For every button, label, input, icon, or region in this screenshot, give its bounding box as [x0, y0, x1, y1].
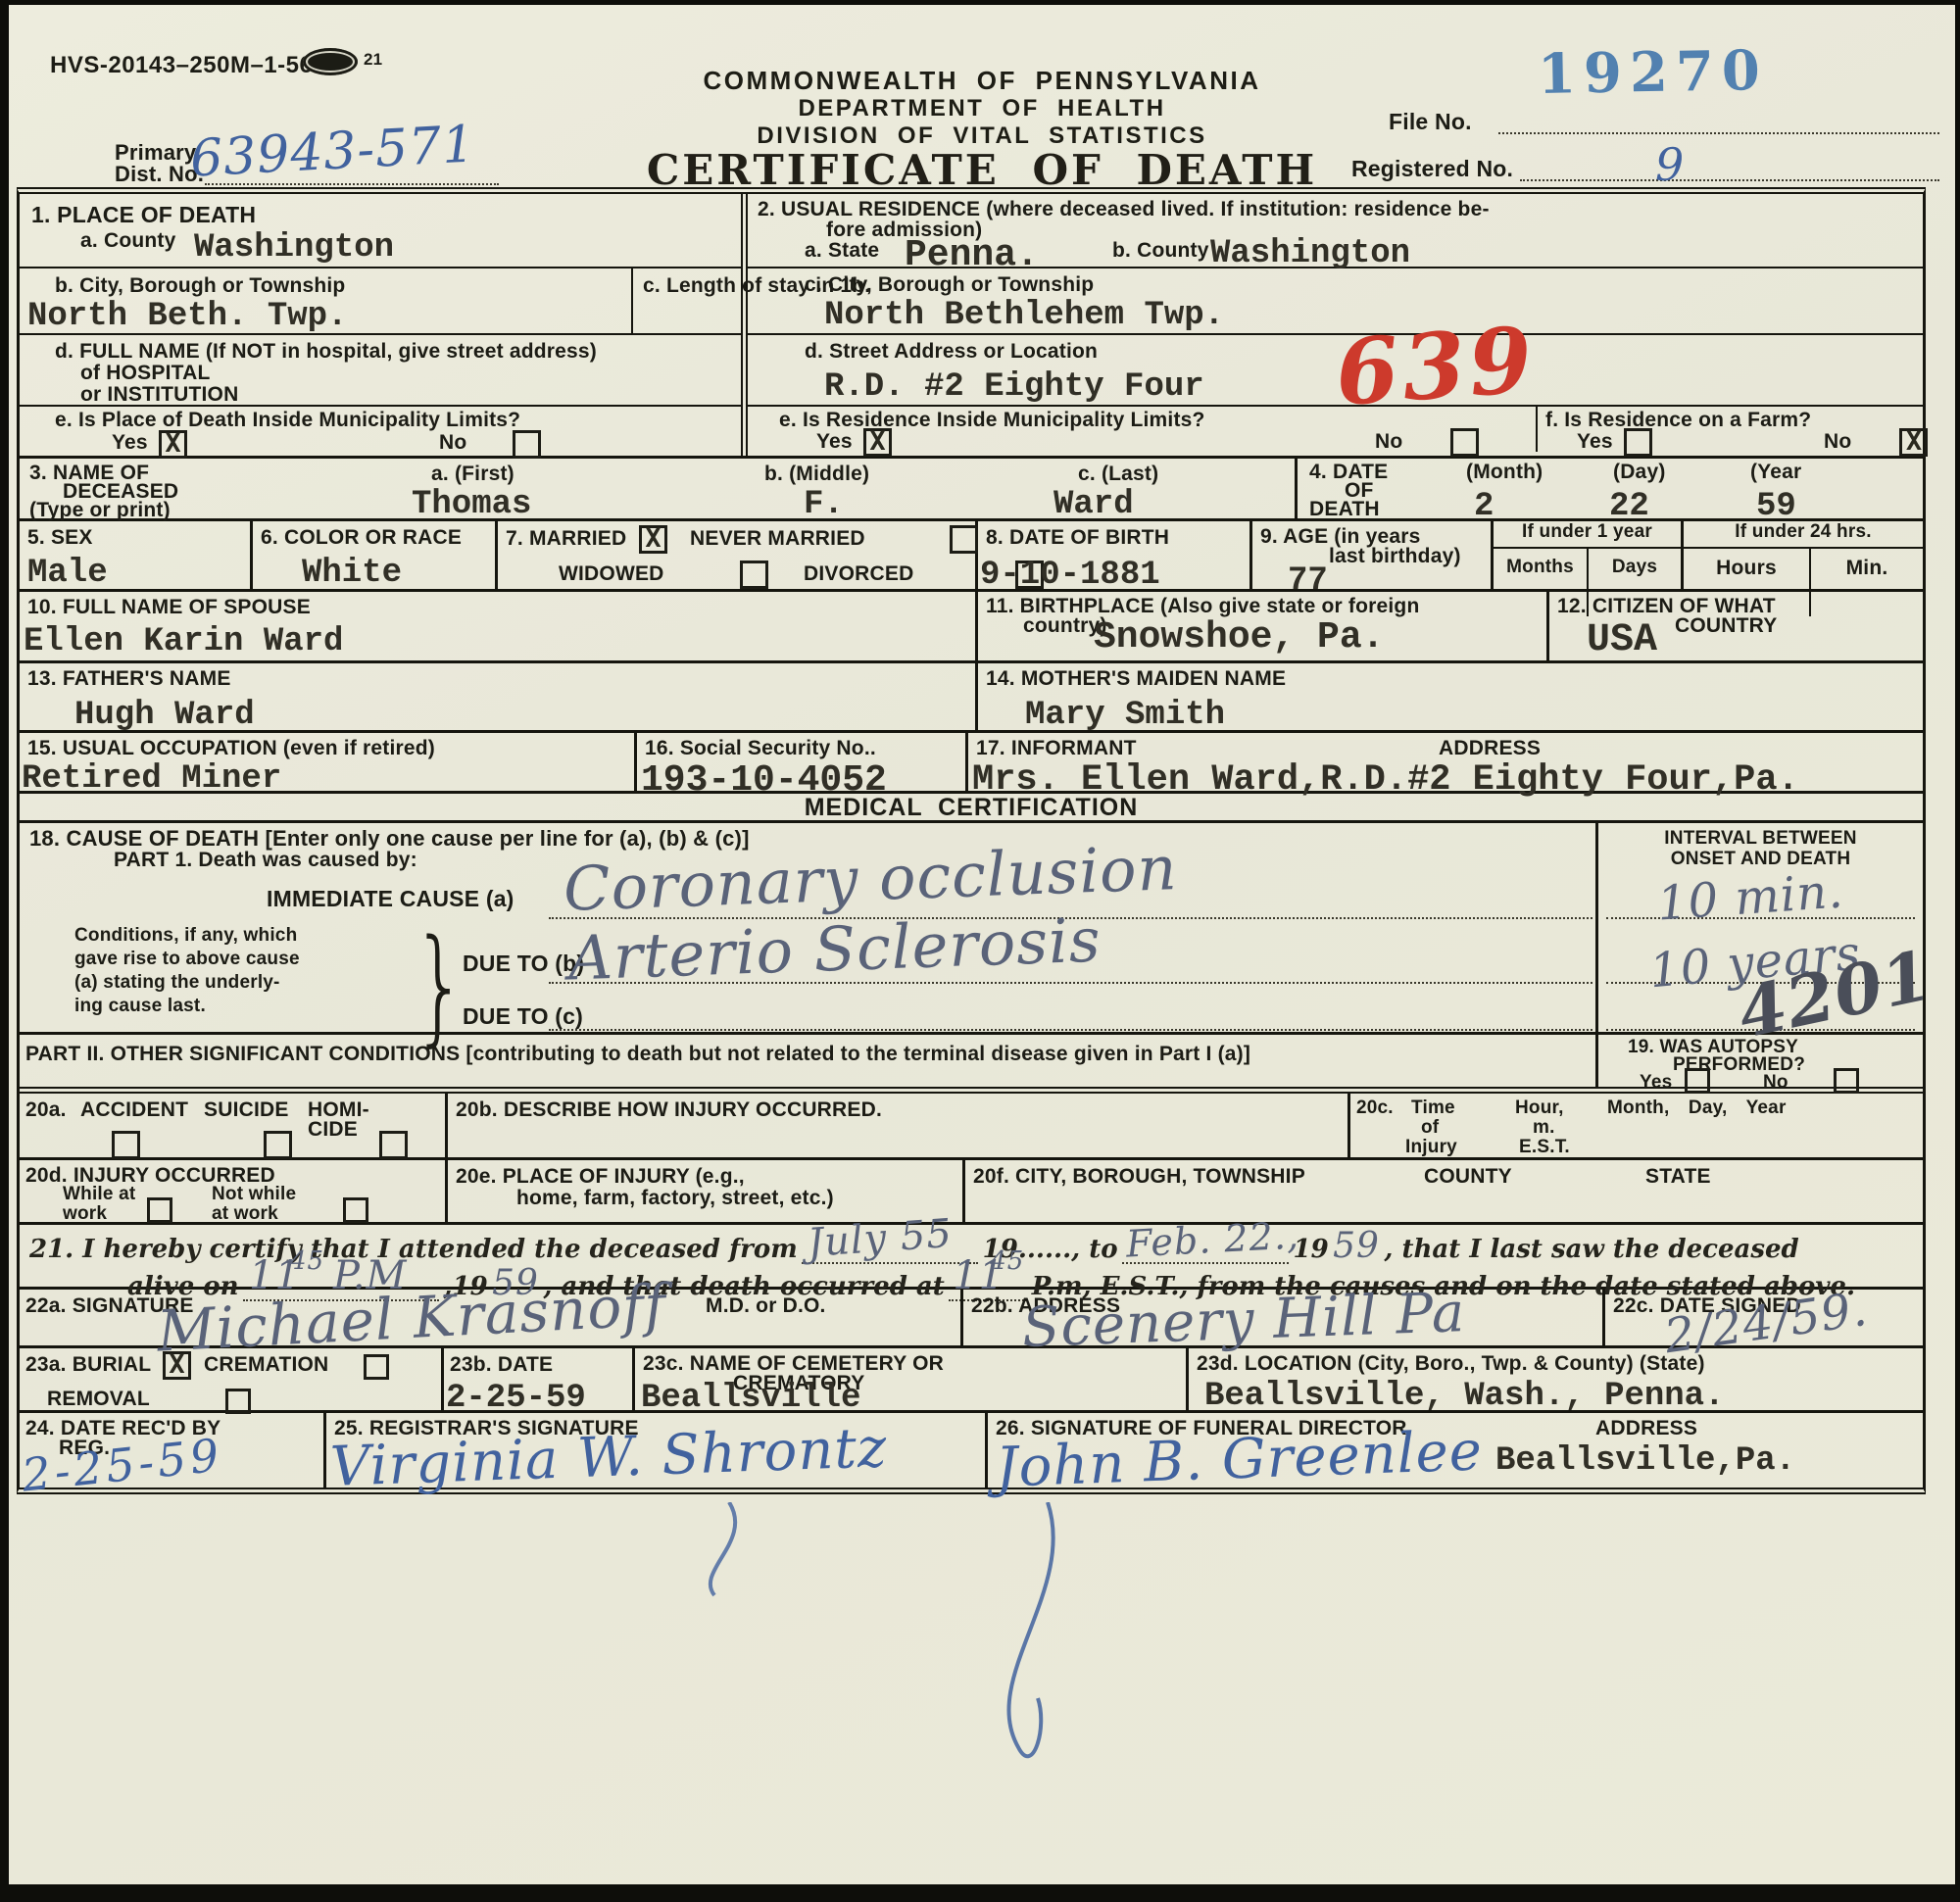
divorced-label: DIVORCED — [804, 562, 913, 587]
father-value: Hugh Ward — [74, 699, 255, 732]
spouse-value: Ellen Karin Ward — [24, 625, 343, 658]
field-usual-residence: 2. USUAL RESIDENCE (where deceased lived… — [748, 194, 1923, 456]
accident-label: ACCIDENT — [80, 1098, 188, 1123]
field-ssn: 16. Social Security No.. 193-10-4052 — [637, 733, 968, 791]
accident-checkbox[interactable] — [112, 1131, 140, 1159]
residence-farm-yes-checkbox[interactable] — [1624, 428, 1652, 457]
place-of-death-title: 1. PLACE OF DEATH — [31, 202, 256, 228]
field-if-under-1-year: If under 1 year Months Days — [1494, 521, 1684, 589]
cause-b-value: Arterio Sclerosis — [567, 910, 1102, 990]
field-describe-injury: 20b. DESCRIBE HOW INJURY OCCURRED. — [448, 1094, 1350, 1157]
occupation-value: Retired Miner — [22, 762, 281, 796]
conditions-label-4: ing cause last. — [74, 996, 206, 1017]
death-municipality-yes-checkbox[interactable]: X — [159, 430, 187, 459]
place-of-injury-label-2: home, farm, factory, street, etc.) — [516, 1187, 834, 1211]
residence-state-label: a. State — [805, 239, 879, 264]
field-burial-cremation: 23a. BURIAL X CREMATION REMOVAL — [20, 1348, 444, 1410]
row-spouse-birthplace-citizen: 10. FULL NAME OF SPOUSE Ellen Karin Ward… — [20, 592, 1923, 663]
while-at-work-checkbox[interactable] — [147, 1197, 172, 1223]
injury-county-label: COUNTY — [1424, 1165, 1512, 1190]
middle-name-value: F. — [804, 488, 844, 521]
date-received-value: 2-25-59 — [20, 1432, 224, 1497]
county-value: Washington — [194, 231, 394, 265]
residence-municipality-no-checkbox[interactable] — [1450, 428, 1479, 457]
street-address-value: R.D. #2 Eighty Four — [824, 370, 1204, 404]
funeral-director-address-value: Beallsville,Pa. — [1495, 1444, 1795, 1478]
while-work-label: work — [63, 1203, 107, 1225]
ssn-label: 16. Social Security No.. — [645, 737, 876, 761]
field-marital-status: 7. MARRIED X NEVER MARRIED WIDOWED DIVOR… — [498, 521, 978, 589]
file-no-label: File No. — [1389, 109, 1472, 135]
registrar-signature-value: Virginia W. Shrontz — [329, 1421, 888, 1495]
field-physician-signature: 22a. SIGNATURE M.D. or D.O. Michael Kras… — [20, 1290, 963, 1345]
field-mother-name: 14. MOTHER'S MAIDEN NAME Mary Smith — [978, 663, 1923, 730]
death-municipality-label: e. Is Place of Death Inside Municipality… — [55, 409, 520, 433]
city-borough-label: b. City, Borough or Township — [55, 274, 345, 299]
informant-address-label: ADDRESS — [1439, 737, 1541, 761]
citizen-label-2: COUNTRY — [1675, 614, 1777, 639]
est-label: E.S.T. — [1519, 1137, 1570, 1158]
conditions-label-3: (a) stating the underly- — [74, 972, 280, 994]
medical-certification-title: MEDICAL CERTIFICATION — [805, 794, 1139, 821]
field-cemetery-name: 23c. NAME OF CEMETERY OR CREMATORY Beall… — [635, 1348, 1189, 1410]
cemetery-location-value: Beallsville, Wash., Penna. — [1204, 1380, 1725, 1413]
conditions-label-1: Conditions, if any, which — [74, 925, 297, 947]
sex-label: 5. SEX — [27, 526, 93, 551]
widowed-checkbox[interactable] — [740, 561, 768, 589]
death-year-label: (Year — [1750, 461, 1801, 485]
residence-municipality-yes-label: Yes — [816, 430, 853, 455]
name-title-3: (Type or print) — [29, 499, 171, 523]
row-name-date-of-death: 3. NAME OF DECEASED (Type or print) a. (… — [20, 459, 1923, 521]
field-time-of-injury: 20c. Time of Injury Hour, m. E.S.T. Mont… — [1350, 1094, 1923, 1157]
autopsy-no-label: No — [1763, 1072, 1788, 1094]
burial-date-label: 23b. DATE — [450, 1353, 553, 1378]
death-municipality-no-checkbox[interactable] — [513, 430, 541, 459]
field-if-under-24-hrs: If under 24 hrs. Hours Min. — [1684, 521, 1923, 589]
field-other-significant-conditions: PART II. OTHER SIGNIFICANT CONDITIONS [c… — [20, 1035, 1598, 1087]
cremation-label: CREMATION — [204, 1353, 328, 1378]
sex-value: Male — [27, 557, 108, 590]
row-place-residence: 1. PLACE OF DEATH a. County Washington b… — [20, 194, 1923, 459]
widowed-label: WIDOWED — [559, 562, 664, 587]
field-accident-suicide-homicide: 20a. ACCIDENT SUICIDE HOMI- CIDE — [20, 1094, 448, 1157]
field-registrar-signature: 25. REGISTRAR'S SIGNATURE Virginia W. Sh… — [326, 1413, 988, 1487]
under-24-hrs-label: If under 24 hrs. — [1684, 521, 1923, 549]
time-of-injury-num: 20c. — [1356, 1097, 1394, 1119]
field-sex: 5. SEX Male — [20, 521, 253, 589]
row-physician-signature: 22a. SIGNATURE M.D. or D.O. Michael Kras… — [20, 1290, 1923, 1348]
field-color-or-race: 6. COLOR OR RACE White — [253, 521, 498, 589]
field-citizen-country: 12. CITIZEN OF WHAT COUNTRY USA — [1549, 592, 1923, 660]
row-part2-autopsy: PART II. OTHER SIGNIFICANT CONDITIONS [c… — [20, 1035, 1923, 1094]
field-cause-of-death: 18. CAUSE OF DEATH [Enter only one cause… — [20, 823, 1598, 1032]
certify-from-line: July 55 — [802, 1237, 978, 1264]
residence-municipality-yes-checkbox[interactable]: X — [863, 428, 892, 457]
field-date-of-death: 4. DATE OF DEATH (Month) 2 (Day) 22 (Yea… — [1298, 459, 1923, 518]
cremation-checkbox[interactable] — [364, 1354, 389, 1380]
mother-value: Mary Smith — [1025, 699, 1225, 732]
row-sex-race-marital-birth-age: 5. SEX Male 6. COLOR OR RACE White 7. MA… — [20, 521, 1923, 592]
last-name-label: c. (Last) — [1078, 463, 1158, 487]
field-spouse-name: 10. FULL NAME OF SPOUSE Ellen Karin Ward — [20, 592, 978, 660]
last-name-value: Ward — [1053, 488, 1134, 521]
mother-label: 14. MOTHER'S MAIDEN NAME — [986, 667, 1286, 692]
field-place-of-death: 1. PLACE OF DEATH a. County Washington b… — [20, 194, 748, 456]
field-funeral-director: 26. SIGNATURE OF FUNERAL DIRECTOR ADDRES… — [988, 1413, 1923, 1487]
removal-label: REMOVAL — [47, 1388, 150, 1412]
injury-state-label: STATE — [1645, 1165, 1711, 1190]
conditions-label-2: gave rise to above cause — [74, 949, 300, 970]
certify-text-1: 21. I hereby certify that I attended the… — [29, 1235, 798, 1264]
street-address-label: d. Street Address or Location — [805, 340, 1098, 365]
father-label: 13. FATHER'S NAME — [27, 667, 231, 692]
death-municipality-no-label: No — [439, 431, 466, 456]
first-name-label: a. (First) — [431, 463, 514, 487]
autopsy-yes-label: Yes — [1640, 1072, 1672, 1094]
part2-label: PART II. OTHER SIGNIFICANT CONDITIONS [c… — [25, 1043, 1250, 1067]
injury-city-label: 20f. CITY, BOROUGH, TOWNSHIP — [973, 1165, 1305, 1190]
burial-label: 23a. BURIAL — [25, 1353, 151, 1378]
death-day-label: (Day) — [1613, 461, 1666, 485]
removal-checkbox[interactable] — [225, 1389, 251, 1414]
field-physician-address: 22b. ADDRESS Scenery Hill Pa — [963, 1290, 1605, 1345]
suicide-label: SUICIDE — [204, 1098, 289, 1123]
field-interval-onset-death: INTERVAL BETWEEN ONSET AND DEATH 10 min.… — [1598, 823, 1923, 1032]
time-of-injury-label-3: Injury — [1405, 1137, 1457, 1158]
residence-farm-no-checkbox[interactable]: X — [1899, 428, 1928, 457]
md-do-label: M.D. or D.O. — [706, 1294, 826, 1319]
residence-city-value: North Bethlehem Twp. — [824, 299, 1224, 332]
field-birthplace: 11. BIRTHPLACE (Also give state or forei… — [978, 592, 1549, 660]
residence-municipality-no-label: No — [1375, 430, 1402, 455]
physician-signature-value: Michael Krasnoff — [156, 1276, 668, 1359]
field-injury-city: 20f. CITY, BOROUGH, TOWNSHIP COUNTY STAT… — [965, 1160, 1923, 1222]
never-married-label: NEVER MARRIED — [690, 527, 865, 552]
residence-county-value: Washington — [1210, 237, 1410, 270]
file-number-stamp: 19270 — [1537, 38, 1768, 107]
row-certify-statement: 21. I hereby certify that I attended the… — [20, 1225, 1923, 1290]
autopsy-yes-checkbox[interactable] — [1685, 1068, 1710, 1094]
registered-no-value: 9 — [1655, 142, 1685, 187]
registered-no-line — [1520, 179, 1939, 181]
interval-label-1: INTERVAL BETWEEN — [1598, 828, 1923, 850]
certify-to-line: Feb. 22., — [1122, 1237, 1289, 1264]
red-stamp-639: 639 — [1333, 315, 1539, 418]
immediate-cause-label: IMMEDIATE CAUSE (a) — [267, 886, 514, 912]
accident-num-label: 20a. — [25, 1098, 67, 1123]
under-1-year-label: If under 1 year — [1494, 521, 1681, 549]
row-injury-place: 20d. INJURY OCCURRED While at work Not w… — [20, 1160, 1923, 1225]
race-value: White — [302, 557, 402, 590]
informant-label: 17. INFORMANT — [976, 737, 1137, 761]
row-father-mother: 13. FATHER'S NAME Hugh Ward 14. MOTHER'S… — [20, 663, 1923, 733]
cemetery-location-label: 23d. LOCATION (City, Boro., Twp. & Count… — [1197, 1352, 1705, 1377]
homicide-checkbox[interactable] — [379, 1131, 408, 1159]
death-day-value: 22 — [1609, 490, 1649, 523]
row-registrar: 24. DATE REC'D BY REG. 2-25-59 25. REGIS… — [20, 1413, 1923, 1487]
residence-city-label: c. City, Borough or Township — [805, 273, 1094, 298]
first-name-value: Thomas — [412, 488, 531, 521]
death-month-value: 2 — [1474, 490, 1494, 523]
row-accident-injury: 20a. ACCIDENT SUICIDE HOMI- CIDE 20b. DE… — [20, 1094, 1923, 1160]
certify-to-year-value: 59 — [1333, 1226, 1380, 1266]
field-father-name: 13. FATHER'S NAME Hugh Ward — [20, 663, 978, 730]
field-age: 9. AGE (in years last birthday) 77 — [1252, 521, 1494, 589]
spouse-label: 10. FULL NAME OF SPOUSE — [27, 596, 311, 620]
row-occupation-ssn-informant: 15. USUAL OCCUPATION (even if retired) R… — [20, 733, 1923, 794]
interval-label-2: ONSET AND DEATH — [1598, 849, 1923, 870]
cemetery-value: Beallsville — [641, 1382, 860, 1415]
month-day-year-label: Month, Day, Year — [1607, 1097, 1787, 1119]
death-year-value: 59 — [1756, 490, 1796, 523]
signature-flourish — [9, 1502, 1955, 1875]
field-cemetery-location: 23d. LOCATION (City, Boro., Twp. & Count… — [1189, 1348, 1923, 1410]
field-informant: 17. INFORMANT ADDRESS Mrs. Ellen Ward,R.… — [968, 733, 1923, 791]
part1-label: PART 1. Death was caused by: — [114, 849, 417, 873]
field-date-signed: 22c. DATE SIGNED 2/24/59. — [1605, 1290, 1923, 1345]
suicide-checkbox[interactable] — [264, 1131, 292, 1159]
city-borough-value: North Beth. Twp. — [27, 300, 347, 333]
residence-farm-no-label: No — [1824, 430, 1851, 455]
married-label: 7. MARRIED — [506, 527, 626, 552]
field-name-of-deceased: 3. NAME OF DECEASED (Type or print) a. (… — [20, 459, 1298, 518]
residence-county-label: b. County — [1112, 239, 1209, 264]
not-while-at-work-checkbox[interactable] — [343, 1197, 368, 1223]
middle-name-label: b. (Middle) — [764, 463, 869, 487]
occupation-label: 15. USUAL OCCUPATION (even if retired) — [27, 737, 435, 761]
certify-text-4: , that I last saw the deceased — [1384, 1235, 1798, 1264]
certify-alive-min: 45 — [290, 1248, 324, 1274]
date-of-death-title-3: DEATH — [1309, 498, 1380, 522]
not-at-work-label: at work — [212, 1203, 278, 1225]
age-label-2: last birthday) — [1329, 545, 1461, 569]
date-of-birth-value: 9-10-1881 — [980, 559, 1160, 592]
residence-farm-yes-label: Yes — [1577, 430, 1613, 455]
field-occupation: 15. USUAL OCCUPATION (even if retired) R… — [20, 733, 637, 791]
death-month-label: (Month) — [1466, 461, 1543, 485]
certify-to-value: Feb. 22., — [1125, 1216, 1300, 1262]
row-medical-certification: MEDICAL CERTIFICATION — [20, 794, 1923, 823]
funeral-director-signature: John B. Greenlee — [995, 1424, 1484, 1495]
death-municipality-yes-label: Yes — [112, 431, 148, 456]
autopsy-no-checkbox[interactable] — [1834, 1068, 1859, 1094]
date-of-birth-label: 8. DATE OF BIRTH — [986, 526, 1169, 551]
never-married-checkbox[interactable] — [950, 525, 978, 554]
interval-a-value: 10 min. — [1656, 867, 1845, 927]
citizen-value: USA — [1587, 621, 1657, 660]
registered-no-label: Registered No. — [1351, 156, 1513, 182]
certify-from-value: July 55 — [807, 1214, 954, 1263]
field-autopsy: 19. WAS AUTOPSY PERFORMED? Yes No — [1598, 1035, 1923, 1087]
hospital-name-label-3: or INSTITUTION — [80, 383, 238, 408]
birthplace-value: Snowshoe, Pa. — [1094, 619, 1384, 657]
field-date-received: 24. DATE REC'D BY REG. 2-25-59 — [20, 1413, 326, 1487]
county-label: a. County — [80, 229, 175, 254]
file-no-line — [1498, 132, 1939, 134]
field-date-of-birth: 8. DATE OF BIRTH 9-10-1881 — [978, 521, 1252, 589]
certify-death-min: 45 — [990, 1248, 1024, 1274]
due-to-b-label: DUE TO (b) — [463, 951, 584, 977]
homicide-label-2: CIDE — [308, 1118, 358, 1143]
field-place-of-injury: 20e. PLACE OF INJURY (e.g., home, farm, … — [448, 1160, 965, 1222]
physician-address-value: Scenery Hill Pa — [1021, 1286, 1466, 1356]
field-burial-date: 23b. DATE 2-25-59 — [444, 1348, 635, 1410]
death-certificate-scan: HVS-20143–250M–1-56 21 Primary Dist. No.… — [0, 0, 1960, 1902]
certificate-form: 1. PLACE OF DEATH a. County Washington b… — [17, 187, 1926, 1494]
married-checkbox[interactable]: X — [639, 525, 667, 554]
field-injury-occurred: 20d. INJURY OCCURRED While at work Not w… — [20, 1160, 448, 1222]
row-burial: 23a. BURIAL X CREMATION REMOVAL 23b. DAT… — [20, 1348, 1923, 1413]
funeral-director-address-label: ADDRESS — [1595, 1417, 1697, 1441]
burial-date-value: 2-25-59 — [446, 1382, 586, 1415]
field-certify-statement: 21. I hereby certify that I attended the… — [20, 1225, 1923, 1287]
burial-checkbox[interactable]: X — [163, 1351, 191, 1380]
cause-c-line — [549, 1029, 1592, 1031]
row-cause-of-death: 18. CAUSE OF DEATH [Enter only one cause… — [20, 823, 1923, 1035]
due-to-c-label: DUE TO (c) — [463, 1003, 583, 1030]
race-label: 6. COLOR OR RACE — [261, 526, 462, 551]
describe-injury-label: 20b. DESCRIBE HOW INJURY OCCURRED. — [456, 1098, 882, 1123]
